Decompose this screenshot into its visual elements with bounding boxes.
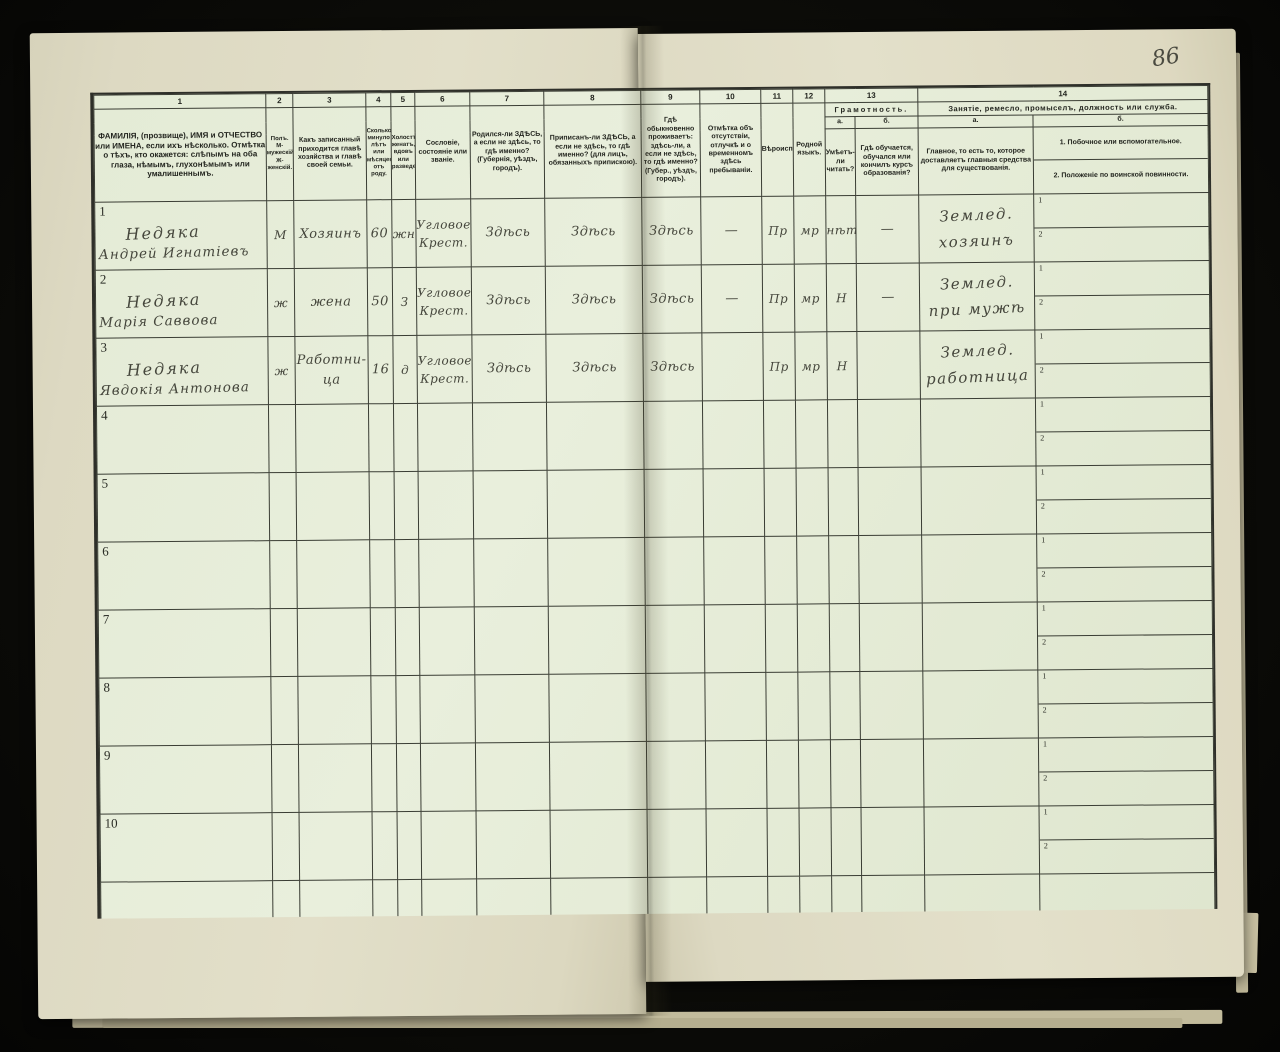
header-marital: Холостъ, женатъ, вдовъ или разведенъ. (391, 106, 416, 199)
name-cell: 5 (97, 473, 270, 542)
literacy-b-label: б. (855, 116, 918, 129)
name-cell: 7 (98, 609, 271, 678)
tail-cell (862, 875, 925, 912)
age-cell (369, 472, 395, 540)
marital-cell (395, 539, 420, 607)
estate-line2: Крест. (418, 369, 472, 387)
registration-cell: Здѣсь (546, 333, 644, 402)
estate-cell (420, 743, 476, 811)
sub-number-2: 2 (1039, 297, 1043, 306)
relation-cell: жена (294, 268, 368, 337)
row-number: 2 (100, 272, 107, 288)
language-cell: мр (795, 332, 828, 400)
occupation-line1 (922, 498, 1036, 503)
occupation-main-cell (923, 738, 1039, 807)
estate-line2: Крест. (417, 301, 471, 319)
sex-cell (271, 744, 299, 812)
surname (128, 530, 269, 536)
header-absence: Отмѣтка объ отсутствіи, отлучкѣ и о врем… (700, 103, 762, 197)
given-name: Андрей Игнатіевъ (98, 243, 266, 263)
marital-cell (394, 471, 419, 539)
occupation-line2 (922, 498, 1036, 503)
religion-cell (764, 468, 797, 536)
estate-line1: Угловое (416, 215, 470, 233)
estate-cell (419, 539, 475, 607)
relation-line1: Хозяинъ (294, 224, 366, 244)
given-name (104, 807, 272, 811)
table-row: 10 1 2 (100, 804, 1215, 882)
relation-line1: Работни- (295, 350, 367, 370)
occupation-side-sub2: 2 (1036, 363, 1210, 398)
marital-cell (393, 403, 418, 471)
surname (128, 462, 269, 468)
residence-cell: Здѣсь (643, 333, 703, 402)
occupation-main-cell (924, 806, 1040, 875)
table-row: 2 Недяка Марія Саввова ж жена 50 З Углов… (95, 260, 1210, 338)
given-name: Явдокія Антонова (100, 379, 268, 399)
tail-cell (800, 876, 832, 913)
language-cell (799, 808, 832, 876)
occupation-line2: при мужѣ (920, 294, 1035, 324)
education-cell (861, 807, 925, 876)
estate-cell: Угловое Крест. (416, 199, 472, 267)
col-num-3: 3 (293, 93, 366, 108)
occupation-side-sub2: 2 (1038, 635, 1212, 670)
given-name (102, 671, 270, 675)
estate-line1: Угловое (417, 283, 471, 301)
surname (129, 666, 270, 672)
occupation-main-cell: Землед. работница (920, 330, 1036, 399)
tail-cell (768, 876, 800, 913)
relation-cell: Хозяинъ (294, 200, 368, 269)
occupation-side-sub2: 2 (1039, 771, 1213, 806)
tail-cell (707, 876, 768, 913)
occupation-side-cell: 1 2 (1037, 532, 1213, 602)
col-num-13: 13 (825, 88, 918, 103)
surname (131, 870, 272, 876)
reads-cell (827, 400, 858, 468)
registration-cell (548, 605, 646, 674)
row-number: 10 (105, 816, 118, 832)
education-cell (858, 467, 922, 536)
birthplace-cell (472, 402, 547, 471)
relation-line1 (299, 710, 371, 711)
occupation-side-cell: 1 2 (1035, 328, 1211, 398)
occupation-main-cell (922, 602, 1038, 671)
religion-cell (767, 808, 800, 876)
col-num-12: 12 (793, 89, 825, 103)
relation-line2 (299, 710, 371, 711)
header-occupation-side-2: 2. Положеніе по воинской повинности. (1034, 159, 1208, 194)
age-cell (370, 540, 396, 608)
registration-cell (548, 537, 646, 606)
occupation-side-sub2: 2 (1035, 295, 1209, 330)
row-number: 5 (102, 476, 109, 492)
absence-cell: — (701, 264, 763, 333)
col-num-8: 8 (544, 90, 641, 105)
birthplace-cell: Здѣсь (472, 334, 547, 403)
sub-number-1: 1 (1041, 535, 1045, 544)
relation-line1 (299, 778, 371, 779)
header-reads: Умѣетъ-ли читать? (825, 129, 856, 196)
sub-number-1: 1 (1041, 467, 1045, 476)
registration-cell (550, 809, 648, 878)
relation-line1 (297, 574, 369, 575)
tail-cell (551, 877, 648, 914)
education-cell: — (856, 263, 920, 332)
occupation-side-cell: 1 2 (1039, 804, 1215, 874)
table-row: 4 1 2 (96, 396, 1211, 474)
relation-line2 (300, 846, 372, 847)
absence-cell (702, 400, 764, 469)
header-relation: Какъ записанный приходится главѣ хозяйст… (293, 107, 367, 201)
religion-cell: Пр (762, 264, 795, 332)
occupation-line1 (924, 702, 1038, 707)
marital-cell (396, 743, 421, 811)
language-cell (795, 400, 828, 468)
age-cell (371, 744, 397, 812)
education-cell (857, 331, 921, 400)
occupation-main-cell (921, 466, 1037, 535)
education-cell: — (856, 195, 920, 264)
table-row: 1 Недяка Андрей Игнатіевъ М Хозяинъ 60 ж… (95, 192, 1210, 270)
occupation-line2 (924, 770, 1038, 775)
sub-number-1: 1 (1040, 399, 1044, 408)
literacy-a-label: а. (825, 117, 855, 129)
estate-line1: Угловое (418, 351, 472, 369)
language-cell (798, 740, 831, 808)
occupation-line1 (922, 566, 1036, 571)
row-number: 9 (104, 748, 111, 764)
residence-cell: Здѣсь (642, 197, 702, 266)
sub-number-1: 1 (1042, 671, 1046, 680)
tail-cell (273, 880, 300, 917)
sub-number-2: 2 (1044, 841, 1048, 850)
name-cell: 3 Недяка Явдокія Антонова (96, 337, 269, 406)
surname (131, 802, 272, 808)
tail-cell (398, 879, 422, 916)
sex-cell (271, 676, 299, 744)
estate-cell (419, 607, 475, 675)
sex-cell (270, 608, 298, 676)
header-education: Гдѣ обучается, обучался или кончилъ курс… (855, 128, 919, 196)
surname (130, 734, 271, 740)
registration-cell (547, 469, 645, 538)
registration-cell: Здѣсь (545, 197, 643, 266)
sex-cell: ж (268, 336, 296, 404)
surname: Недяка (126, 355, 268, 380)
sub-number-2: 2 (1040, 365, 1044, 374)
name-cell: 4 (96, 405, 269, 474)
relation-line1 (297, 506, 369, 507)
row-number: 4 (101, 408, 108, 424)
tail-cell (300, 880, 373, 917)
tail-cell (832, 876, 862, 913)
age-cell (368, 404, 394, 472)
religion-cell (765, 604, 798, 672)
surname (129, 598, 270, 604)
col-num-10: 10 (700, 89, 761, 104)
estate-cell: Угловое Крест. (416, 267, 472, 335)
relation-cell (297, 540, 371, 609)
row-number: 3 (100, 340, 107, 356)
occupation-side-sub1: 1 (1039, 805, 1213, 841)
sub-number-1: 1 (1039, 331, 1043, 340)
religion-cell (765, 536, 798, 604)
tail-cell (101, 881, 273, 919)
sub-number-2: 2 (1041, 569, 1045, 578)
relation-line2 (297, 574, 369, 575)
relation-cell (296, 472, 370, 541)
header-residence: Гдѣ обыкновенно проживаетъ: здѣсь-ли, а … (641, 104, 701, 198)
language-cell (796, 468, 829, 536)
birthplace-cell (476, 810, 551, 879)
reads-cell (831, 808, 862, 876)
occupation-side-cell: 1 2 (1038, 668, 1214, 738)
absence-cell (702, 332, 764, 401)
marital-cell (397, 811, 422, 879)
occupation-side-sub2: 2 (1036, 431, 1210, 466)
education-cell (860, 739, 924, 808)
religion-cell (766, 672, 799, 740)
residence-cell (646, 673, 706, 742)
absence-cell (703, 468, 765, 537)
header-sex: Полъ. М-мужескій. Ж-женскій. (266, 107, 294, 200)
relation-line1 (298, 642, 370, 643)
header-registration: Приписанъ-ли ЗДѢСЬ, а если не здѣсь, то … (544, 104, 642, 198)
marital-cell: жн (392, 199, 417, 267)
occupation-side-cell: 1 2 (1037, 600, 1213, 670)
relation-cell (298, 676, 372, 745)
relation-line2 (299, 778, 371, 779)
education-cell (857, 399, 921, 468)
col-num-9: 9 (641, 90, 700, 105)
age-cell (372, 812, 398, 880)
estate-cell (417, 403, 473, 471)
sub-number-2: 2 (1043, 705, 1047, 714)
reads-cell (830, 672, 861, 740)
age-cell: 50 (367, 268, 393, 336)
birthplace-cell (474, 538, 549, 607)
estate-line2: Крест. (416, 233, 470, 251)
occupation-side-sub2: 2 (1040, 839, 1214, 874)
table-row: 7 1 2 (98, 600, 1213, 678)
occupation-side-sub2: 2 (1037, 499, 1211, 534)
relation-line2 (296, 438, 368, 439)
occupation-line2 (922, 566, 1036, 571)
tail-cell (422, 879, 477, 916)
occupation-line2 (925, 838, 1039, 843)
residence-cell (647, 809, 707, 878)
name-cell: 9 (99, 745, 272, 814)
religion-cell (766, 740, 799, 808)
reads-cell: Н (826, 264, 857, 332)
tail-cell (373, 880, 398, 917)
occupation-side-sub1: 1 (1035, 261, 1209, 297)
occupation-a-label: а. (918, 115, 1033, 128)
occupation-side-sub1: 1 (1034, 193, 1208, 229)
occupation-main-cell: Землед. при мужѣ (919, 262, 1035, 331)
tail-cell (1040, 872, 1215, 910)
relation-cell: Работни- ца (295, 336, 369, 405)
religion-cell: Пр (762, 196, 795, 264)
absence-cell (704, 604, 766, 673)
header-literacy-group: Грамотность. (825, 102, 918, 117)
table-row: 3 Недяка Явдокія Антонова ж Работни- ца … (96, 328, 1211, 406)
given-name (102, 603, 270, 607)
reads-cell (829, 604, 860, 672)
header-occupation-side: 1. Побочное или вспомогательное. 2. Поло… (1033, 125, 1209, 194)
tail-cell (477, 878, 551, 915)
tail-cell (925, 874, 1040, 912)
relation-cell (298, 744, 372, 813)
occupation-side-cell: 1 2 (1035, 396, 1211, 466)
occupation-side-sub1: 1 (1035, 329, 1209, 365)
occupation-side-sub2: 2 (1039, 703, 1213, 738)
sub-number-1: 1 (1038, 195, 1042, 204)
sub-number-2: 2 (1043, 773, 1047, 782)
name-cell: 6 (98, 541, 271, 610)
age-cell (371, 676, 397, 744)
absence-cell (704, 536, 766, 605)
col-num-1: 1 (94, 94, 266, 110)
col-num-4: 4 (366, 93, 391, 107)
occupation-main-cell (922, 534, 1038, 603)
table-row: 5 1 2 (97, 464, 1212, 542)
occupation-main-cell: Землед. хозяинъ (919, 194, 1035, 263)
birthplace-cell (474, 606, 549, 675)
given-name (103, 739, 271, 743)
relation-cell (299, 812, 373, 881)
occupation-line2 (924, 702, 1038, 707)
estate-cell: Угловое Крест. (417, 335, 473, 403)
absence-cell (706, 808, 768, 877)
sub-number-1: 1 (1039, 263, 1043, 272)
occupation-line2 (923, 634, 1037, 639)
name-cell: 2 Недяка Марія Саввова (95, 269, 268, 338)
header-language: Родной языкъ. (793, 103, 826, 196)
registration-cell (546, 401, 644, 470)
occupation-side-sub1: 1 (1038, 669, 1212, 705)
row-number: 8 (103, 680, 110, 696)
sub-number-1: 1 (1042, 603, 1046, 612)
occupation-side-sub1: 1 (1037, 465, 1211, 501)
estate-cell (418, 471, 474, 539)
education-cell (860, 671, 924, 740)
name-cell: 1 Недяка Андрей Игнатіевъ (95, 201, 268, 270)
marital-cell: д (393, 335, 418, 403)
sub-number-2: 2 (1038, 229, 1042, 238)
registration-cell (549, 741, 647, 810)
header-age: Сколько минуло лѣтъ или мѣсяцевъ отъ род… (366, 107, 392, 200)
given-name (101, 535, 269, 539)
given-name (101, 467, 269, 471)
birthplace-cell (473, 470, 548, 539)
relation-line2: ца (296, 370, 368, 390)
occupation-line1 (925, 838, 1039, 843)
occupation-side-sub1: 1 (1039, 737, 1213, 773)
table-row: 9 1 2 (99, 736, 1214, 814)
reads-cell: Н (827, 332, 858, 400)
occupation-side-cell: 1 2 (1034, 260, 1210, 330)
occupation-side-cell: 1 2 (1038, 736, 1214, 806)
sex-cell (268, 404, 296, 472)
col-num-5: 5 (391, 92, 415, 106)
sex-cell: М (267, 200, 295, 268)
reads-cell (828, 468, 859, 536)
occupation-line1 (921, 430, 1035, 435)
header-name: ФАМИЛІЯ, (прозвище), ИМЯ и ОТЧЕСТВО или … (94, 108, 267, 202)
marital-cell (395, 607, 420, 675)
residence-cell (643, 401, 703, 470)
language-cell: мр (794, 264, 827, 332)
residence-cell (645, 537, 705, 606)
header-religion: Вѣроисповѣданіе. (761, 103, 794, 196)
reads-cell: нѣтъ (826, 196, 857, 264)
occupation-side-sub1: 1 (1037, 533, 1211, 569)
residence-cell (644, 469, 704, 538)
residence-cell (646, 741, 706, 810)
tail-cell (648, 877, 707, 914)
occupation-line2: хозяинъ (919, 226, 1034, 256)
header-birthplace: Родился-ли ЗДѢСЬ, а если не здѣсь, то гд… (470, 105, 545, 199)
education-cell (859, 603, 923, 672)
birthplace-cell: Здѣсь (471, 198, 546, 267)
language-cell (798, 672, 831, 740)
occupation-side-sub2: 2 (1034, 227, 1208, 262)
relation-line1 (296, 438, 368, 439)
occupation-line1 (924, 770, 1038, 775)
age-cell: 60 (367, 200, 393, 268)
census-book-spread: 86 1 2 3 4 5 6 7 8 9 1 (24, 13, 1245, 1032)
row-number: 6 (102, 544, 109, 560)
sheet-edge-bottom-2 (102, 1018, 1182, 1028)
occupation-side-cell: 1 2 (1034, 192, 1210, 262)
birthplace-cell (475, 742, 550, 811)
sub-number-2: 2 (1041, 501, 1045, 510)
sub-number-2: 2 (1040, 433, 1044, 442)
page-number: 86 (1150, 43, 1181, 72)
header-occupation-side-1: 1. Побочное или вспомогательное. (1034, 126, 1208, 161)
header-occupation-main: Главное, то есть то, которое доставляетъ… (918, 127, 1034, 195)
table-row: 8 1 2 (99, 668, 1214, 746)
header-estate: Сословіе, состояніе или званіе. (415, 106, 471, 199)
name-cell: 10 (100, 813, 273, 882)
occupation-side-sub1: 1 (1036, 397, 1210, 433)
occupation-line2: работница (920, 362, 1035, 392)
birthplace-cell: Здѣсь (471, 266, 546, 335)
col-num-7: 7 (470, 91, 544, 106)
absence-cell: — (701, 196, 763, 265)
surname: Недяка (125, 219, 267, 244)
sub-number-1: 1 (1044, 807, 1048, 816)
occupation-line2 (921, 430, 1035, 435)
given-name (104, 875, 272, 879)
relation-cell (295, 404, 369, 473)
marital-cell: З (392, 267, 417, 335)
language-cell (797, 604, 830, 672)
reads-cell (829, 536, 860, 604)
estate-cell (420, 675, 476, 743)
table-row: 6 1 2 (98, 532, 1213, 610)
col-num-2: 2 (266, 93, 293, 107)
relation-line2 (298, 642, 370, 643)
sub-number-2: 2 (1042, 637, 1046, 646)
occupation-main-cell (920, 398, 1036, 467)
occupation-main-cell (923, 670, 1039, 739)
sex-cell (269, 472, 297, 540)
occupation-line1 (923, 634, 1037, 639)
